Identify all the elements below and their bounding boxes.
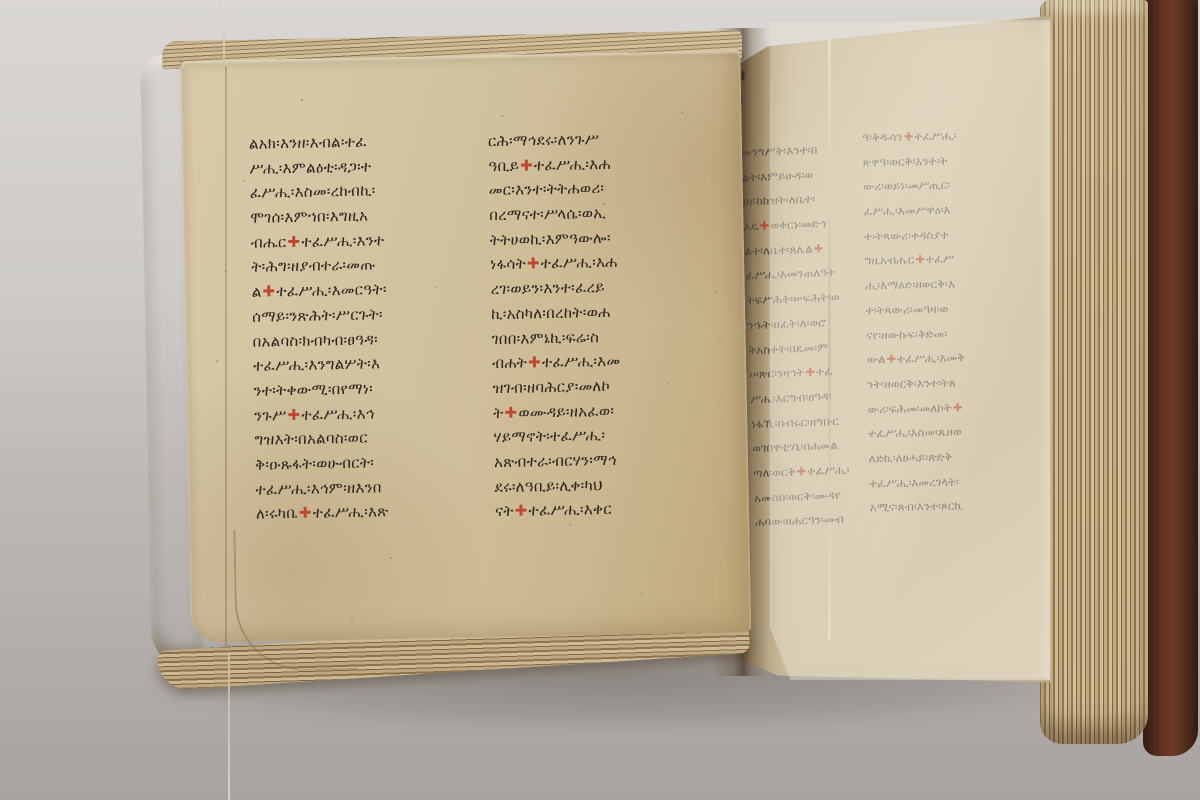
rubric-cross-icon: ✚: [503, 403, 518, 421]
bookmark-string-top: [223, 0, 225, 66]
rubric-cross-icon: ✚: [286, 405, 301, 423]
rubric-cross-icon: ✚: [519, 156, 534, 174]
rubric-cross-icon: ✚: [527, 353, 542, 371]
tissue-guard-overlay: [758, 20, 1050, 680]
manuscript-line: ናት✚ተፈሥሒ፡እቀር: [495, 495, 723, 524]
bookmark-string-on-page: [225, 66, 227, 646]
left-page-column-1: ልአክ፡እንዘ፡እብል፡ተፈሥሒ፡እምልዕቲ፡ዳጋ፡ተፈሥሒ፡እስመ፡ረከብኪ፡…: [249, 127, 483, 526]
right-leaf-edge-stack: [1040, 0, 1148, 744]
rubric-cross-icon: ✚: [261, 282, 276, 300]
left-page-assembly: ልአክ፡እንዘ፡እብል፡ተፈሥሒ፡እምልዕቲ፡ዳጋ፡ተፈሥሒ፡እስመ፡ረከብኪ፡…: [140, 20, 757, 691]
bookmark-string-bottom: [228, 652, 230, 800]
rubric-cross-icon: ✚: [526, 255, 541, 273]
rubric-cross-icon: ✚: [514, 502, 529, 520]
tissue-fold-line: [828, 40, 831, 640]
manuscript-line: ለ፡ሩካቤ✚ተፈሥሒ፡እጽ: [256, 498, 482, 527]
leather-cover-edge: [1143, 0, 1198, 756]
rubric-cross-icon: ✚: [298, 504, 313, 522]
parchment-speckles: [180, 61, 182, 63]
rubric-cross-icon: ✚: [286, 233, 301, 251]
left-page-column-2: ርሕ፡ማኅደሩ፡ለንጉሥዓቢይ✚ተፈሥሒ፡እሐመር፡እንተ፡ትትሐወሪ፡በረማና…: [488, 125, 724, 524]
manuscript-photo: መንግሥት፡እንተ፡በልት፡እምይሁዳ፡ወዐይከክዝት፡ለቤተ፡እዴ✚ወቀርነ፡…: [0, 0, 1200, 800]
